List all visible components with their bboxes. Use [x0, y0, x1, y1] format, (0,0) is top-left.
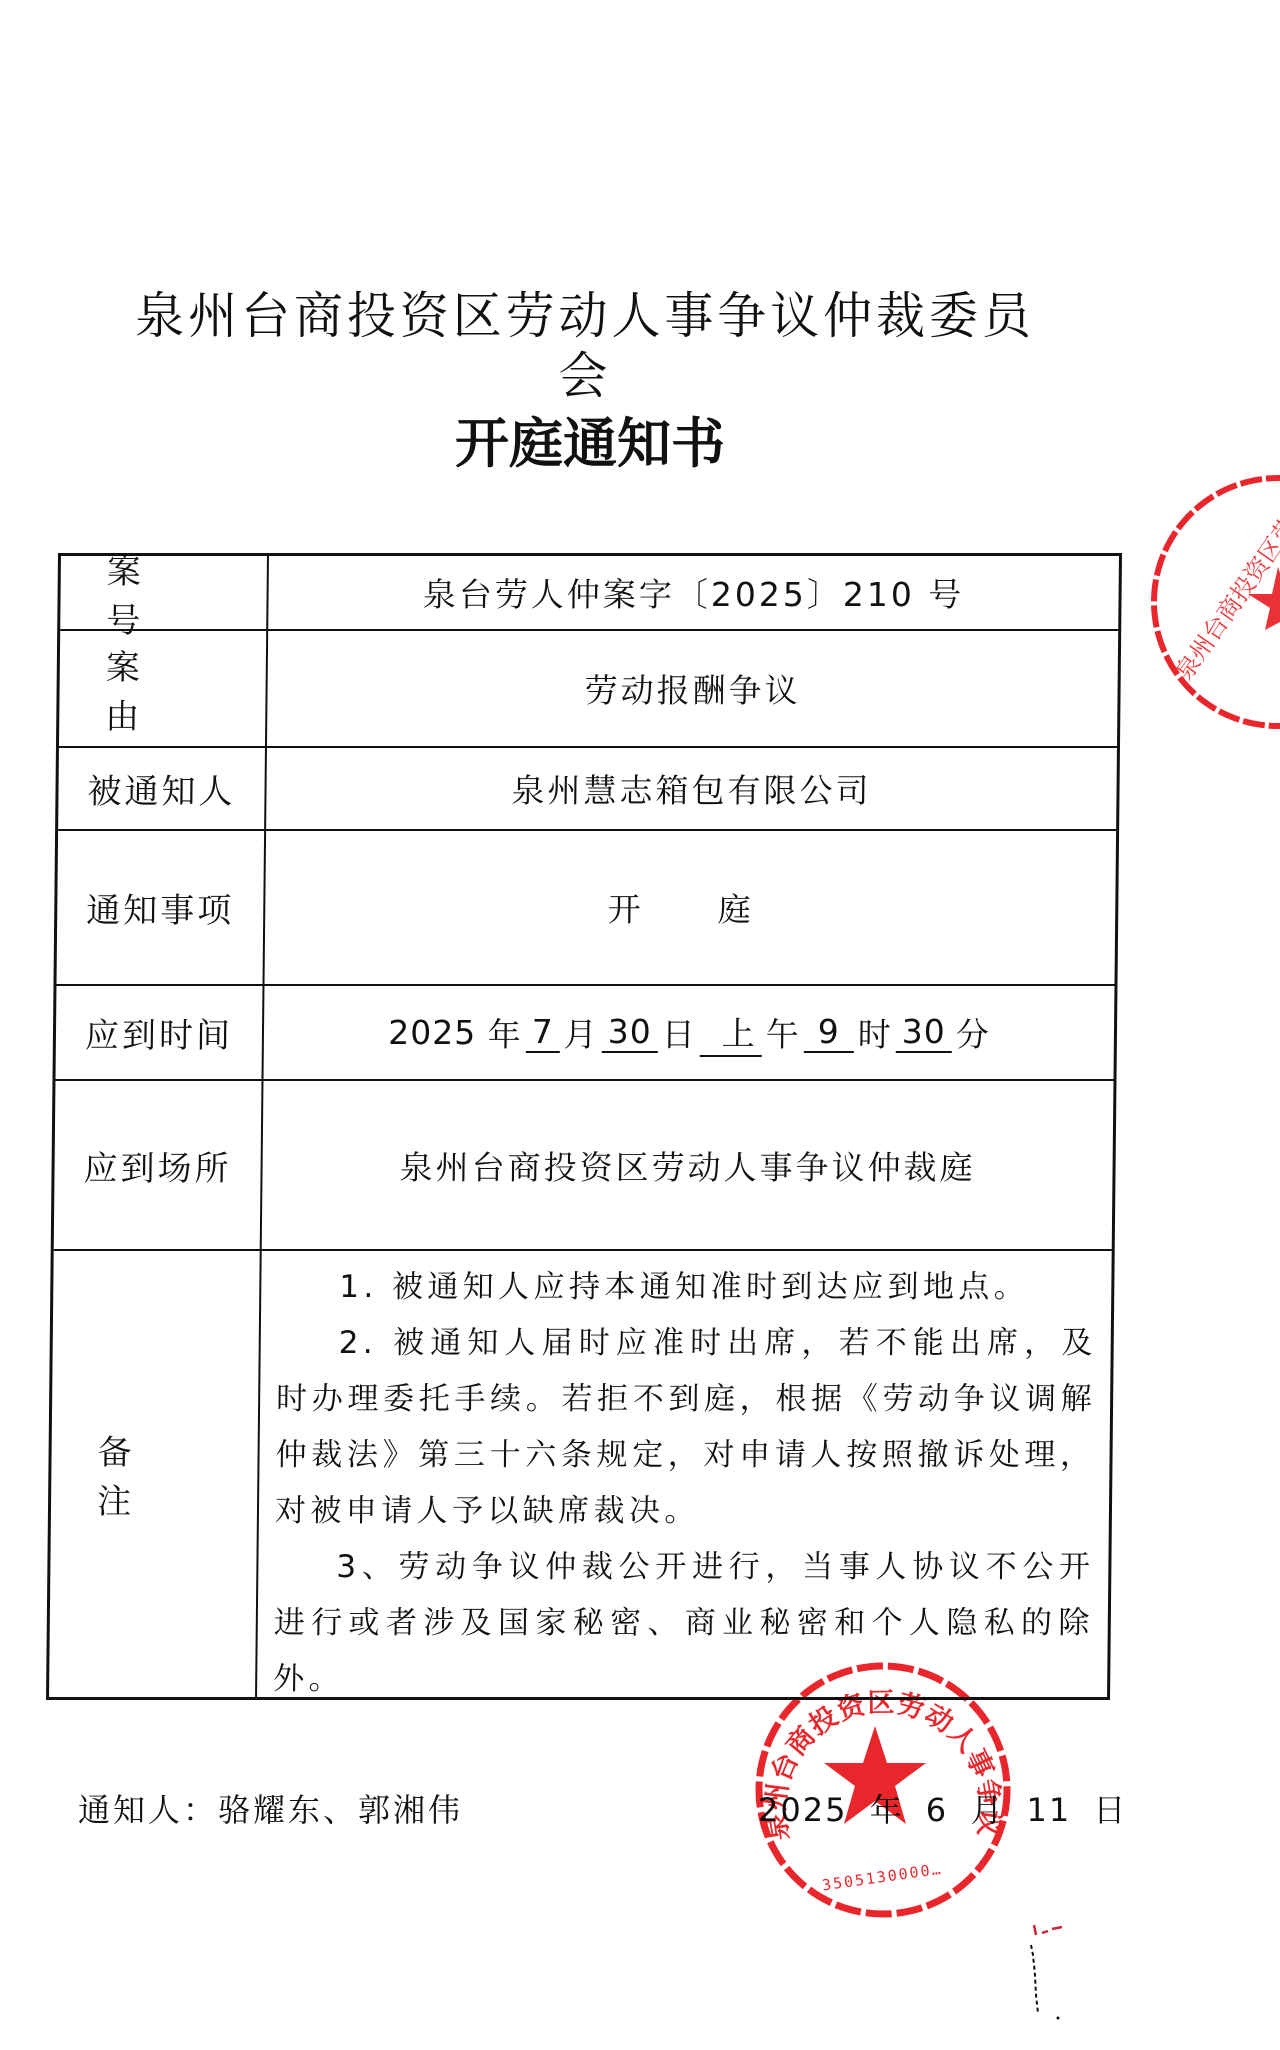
label-notified-party: 被通知人 — [58, 748, 267, 829]
organization-title: 泉州台商投资区劳动人事争议仲裁委员会 — [110, 286, 1061, 406]
time-hour: 9 — [804, 1012, 854, 1053]
notifier-label: 通知人： — [78, 1791, 218, 1829]
time-hour-unit: 时 — [857, 1009, 891, 1056]
time-day-unit: 日 — [661, 1009, 695, 1056]
value-appearance-place: 泉州台商投资区劳动人事争议仲裁庭 — [262, 1081, 1114, 1249]
time-day: 30 — [602, 1012, 658, 1053]
time-minute-unit: 分 — [955, 1009, 989, 1056]
svg-text:3505130000…: 3505130000… — [821, 1860, 944, 1895]
value-case-number: 泉台劳人仲案字〔2025〕210 号 — [268, 556, 1119, 629]
table-row-case-cause: 案 由 劳动报酬争议 — [59, 631, 1118, 748]
note-item-2: 2. 被通知人届时应准时出席，若不能出席，及时办理委托手续。若拒不到庭，根据《劳… — [275, 1315, 1097, 1539]
label-remarks: 备 注 — [49, 1251, 262, 1697]
time-year-unit: 年 — [487, 1009, 521, 1056]
time-period: 上 — [699, 1008, 762, 1057]
table-row-appearance-place: 应到场所 泉州台商投资区劳动人事争议仲裁庭 — [54, 1081, 1114, 1251]
time-month-unit: 月 — [563, 1009, 597, 1056]
svg-text:泉州台商投资区劳动人: 泉州台商投资区劳动人 — [1170, 473, 1280, 686]
remarks-notes: 1. 被通知人应持本通知准时到达应到地点。 2. 被通知人届时应准时出席，若不能… — [257, 1251, 1112, 1697]
table-row-notice-matter: 通知事项 开 庭 — [56, 831, 1116, 986]
notifier-line: 通知人：骆耀东、郭湘伟 — [78, 1788, 463, 1832]
table-row-case-number: 案 号 泉台劳人仲案字〔2025〕210 号 — [60, 556, 1119, 631]
table-row-remarks: 备 注 1. 被通知人应持本通知准时到达应到地点。 2. 被通知人届时应准时出席… — [49, 1251, 1112, 1697]
label-notice-matter: 通知事项 — [56, 831, 266, 984]
value-case-cause: 劳动报酬争议 — [267, 631, 1118, 746]
value-notified-party: 泉州慧志箱包有限公司 — [266, 748, 1117, 829]
notifier-names: 骆耀东、郭湘伟 — [218, 1791, 463, 1829]
table-row-appearance-time: 应到时间 2025 年 7月 30日 上午 9时 30分 — [55, 986, 1114, 1081]
value-notice-matter: 开 庭 — [264, 831, 1116, 984]
value-appearance-time: 2025 年 7月 30日 上午 9时 30分 — [264, 986, 1115, 1079]
label-appearance-place: 应到场所 — [54, 1081, 264, 1249]
label-case-cause: 案 由 — [59, 631, 268, 746]
handwritten-mark — [1020, 1915, 1080, 2025]
issue-date: 2025 年 6 月 11 日 — [758, 1788, 1127, 1832]
edge-seal-stamp: 泉州台商投资区劳动人 — [1148, 472, 1280, 734]
note-item-3: 3、劳动争议仲裁公开进行，当事人协议不公开进行或者涉及国家秘密、商业秘密和个人隐… — [273, 1539, 1095, 1707]
time-year: 2025 — [388, 1013, 476, 1052]
label-case-number: 案 号 — [60, 556, 269, 629]
time-period-suffix: 午 — [765, 1009, 799, 1056]
time-month: 7 — [526, 1012, 560, 1053]
note-item-1: 1. 被通知人应持本通知准时到达应到地点。 — [277, 1259, 1098, 1315]
document-title: 开庭通知书 — [440, 412, 740, 476]
label-appearance-time: 应到时间 — [56, 986, 265, 1079]
time-minute: 30 — [896, 1012, 952, 1053]
table-row-notified-party: 被通知人 泉州慧志箱包有限公司 — [58, 748, 1117, 831]
notice-table: 案 号 泉台劳人仲案字〔2025〕210 号 案 由 劳动报酬争议 被通知人 泉… — [46, 553, 1122, 1700]
